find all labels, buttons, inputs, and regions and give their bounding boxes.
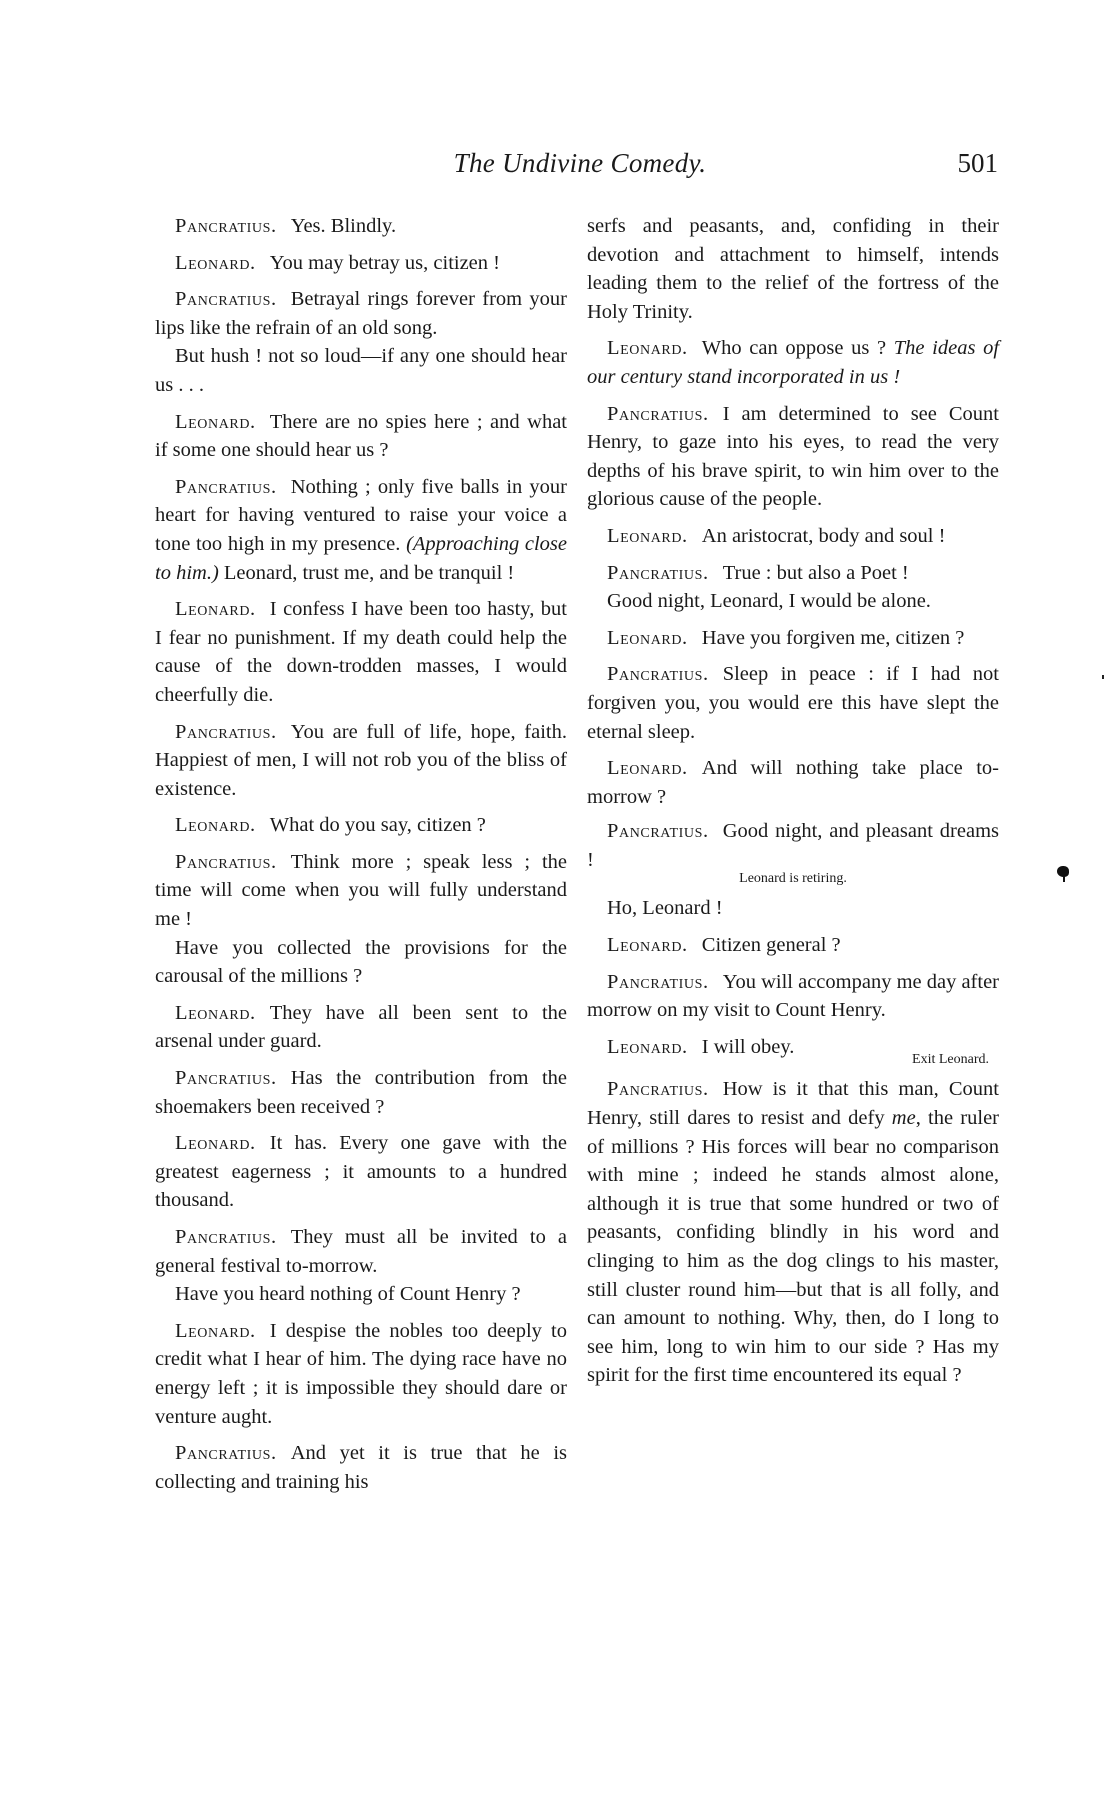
dialogue-paragraph: Leonard.An aristocrat, body and soul ! — [587, 522, 999, 551]
dialogue-text: True : but also a Poet ! — [723, 562, 909, 584]
speaker-name: Pancratius. — [175, 851, 277, 873]
speaker-name: Leonard. — [607, 627, 688, 649]
dialogue-text: Citizen general ? — [702, 934, 841, 956]
speaker-name: Leonard. — [607, 757, 688, 779]
speaker-name: Pancratius. — [175, 1442, 277, 1464]
ink-blot-mark — [1057, 866, 1069, 877]
dialogue-text: An aristocrat, body and soul ! — [702, 525, 946, 547]
dialogue-paragraph: Pancratius.You will accompany me day aft… — [587, 968, 999, 1025]
speaker-name: Leonard. — [175, 252, 256, 274]
speaker-name: Leonard. — [607, 525, 688, 547]
speaker-name: Pancratius. — [607, 1078, 709, 1100]
dialogue-text: serfs and peasants, and, confiding in th… — [587, 215, 999, 323]
speaker-name: Leonard. — [175, 1132, 256, 1154]
dialogue-paragraph: Leonard.I confess I have been too hasty,… — [155, 595, 567, 709]
speaker-name: Pancratius. — [607, 403, 709, 425]
dialogue-paragraph: Pancratius.I am determined to see Count … — [587, 400, 999, 514]
speaker-name: Leonard. — [607, 934, 688, 956]
speaker-name: Leonard. — [175, 598, 256, 620]
dialogue-paragraph: Have you collected the provisions for th… — [155, 934, 567, 991]
italic-emphasis: me — [892, 1107, 916, 1129]
dialogue-text: Have you heard nothing of Count Henry ? — [175, 1283, 521, 1305]
dialogue-paragraph: Pancratius.Betrayal rings forever from y… — [155, 285, 567, 342]
dialogue-paragraph: But hush ! not so loud—if any one should… — [155, 342, 567, 399]
dialogue-paragraph: Leonard.What do you say, citizen ? — [155, 811, 567, 840]
dialogue-paragraph: Pancratius.Good night, and pleasant drea… — [587, 817, 999, 874]
dialogue-paragraph: Pancratius.Think more ; speak less ; the… — [155, 848, 567, 934]
dialogue-paragraph: Pancratius.Nothing ; only five balls in … — [155, 473, 567, 587]
dialogue-paragraph: Leonard.Citizen general ? — [587, 931, 999, 960]
dialogue-text: Good night, Leonard, I would be alone. — [607, 590, 931, 612]
dialogue-paragraph: Pancratius.And yet it is true that he is… — [155, 1439, 567, 1496]
dialogue-paragraph: Leonard.Have you forgiven me, citizen ? — [587, 624, 999, 653]
speaker-name: Leonard. — [175, 814, 256, 836]
speaker-name: Leonard. — [607, 337, 688, 359]
speaker-name: Pancratius. — [175, 288, 277, 310]
left-column: Pancratius.Yes. Blindly. Leonard.You may… — [155, 212, 567, 1504]
dialogue-paragraph: Pancratius.Sleep in peace : if I had not… — [587, 660, 999, 746]
dialogue-paragraph: Leonard.And will nothing take place to-m… — [587, 754, 999, 811]
dialogue-paragraph: Leonard.There are no spies here ; and wh… — [155, 408, 567, 465]
dialogue-text: Who can oppose us ? — [702, 337, 886, 359]
ink-speck — [1102, 675, 1104, 679]
dialogue-text: I will obey. — [702, 1036, 795, 1058]
speaker-name: Pancratius. — [607, 663, 709, 685]
dialogue-text: , the ruler of millions ? His forces wil… — [587, 1107, 999, 1386]
dialogue-paragraph: Have you heard nothing of Count Henry ? — [155, 1280, 567, 1309]
dialogue-paragraph: Leonard.They have all been sent to the a… — [155, 999, 567, 1056]
dialogue-paragraph: Pancratius.You are full of life, hope, f… — [155, 718, 567, 804]
right-column: serfs and peasants, and, confiding in th… — [587, 212, 999, 1398]
speaker-name: Pancratius. — [175, 721, 277, 743]
dialogue-text: You may betray us, citizen ! — [270, 252, 500, 274]
speaker-name: Leonard. — [175, 411, 256, 433]
page-number: 501 — [940, 148, 998, 179]
dialogue-paragraph: Pancratius.Has the contribution from the… — [155, 1064, 567, 1121]
dialogue-paragraph: Ho, Leonard ! — [587, 894, 999, 923]
dialogue-paragraph: Pancratius.They must all be invited to a… — [155, 1223, 567, 1280]
dialogue-text: Leonard, trust me, and be tranquil ! — [224, 562, 514, 584]
speaker-name: Pancratius. — [607, 971, 709, 993]
dialogue-text: Have you collected the provisions for th… — [155, 937, 567, 988]
dialogue-paragraph: Leonard.It has. Every one gave with the … — [155, 1129, 567, 1215]
dialogue-paragraph: Pancratius.How is it that this man, Coun… — [587, 1075, 999, 1390]
dialogue-text: Ho, Leonard ! — [607, 897, 723, 919]
dialogue-paragraph: Pancratius.True : but also a Poet ! — [587, 559, 999, 588]
dialogue-text: Yes. Blindly. — [291, 215, 396, 237]
dialogue-paragraph: Leonard.I despise the nobles too deeply … — [155, 1317, 567, 1431]
dialogue-paragraph: Leonard.Who can oppose us ? The ideas of… — [587, 334, 999, 391]
dialogue-paragraph-continued: serfs and peasants, and, confiding in th… — [587, 212, 999, 326]
speaker-name: Pancratius. — [607, 562, 709, 584]
dialogue-paragraph: Good night, Leonard, I would be alone. — [587, 587, 999, 616]
speaker-name: Pancratius. — [175, 1067, 277, 1089]
speaker-name: Pancratius. — [607, 820, 709, 842]
speaker-name: Pancratius. — [175, 215, 277, 237]
dialogue-text: What do you say, citizen ? — [270, 814, 486, 836]
running-header-title: The Undivine Comedy. — [420, 148, 740, 179]
speaker-name: Leonard. — [175, 1320, 256, 1342]
speaker-name: Leonard. — [175, 1002, 256, 1024]
dialogue-paragraph: Leonard.You may betray us, citizen ! — [155, 249, 567, 278]
dialogue-text: Have you forgiven me, citizen ? — [702, 627, 965, 649]
speaker-name: Leonard. — [607, 1036, 688, 1058]
dialogue-text: But hush ! not so loud—if any one should… — [155, 345, 567, 396]
dialogue-paragraph: Pancratius.Yes. Blindly. — [155, 212, 567, 241]
stage-direction: Leonard is retiring. — [587, 870, 999, 888]
speaker-name: Pancratius. — [175, 1226, 277, 1248]
speaker-name: Pancratius. — [175, 476, 277, 498]
